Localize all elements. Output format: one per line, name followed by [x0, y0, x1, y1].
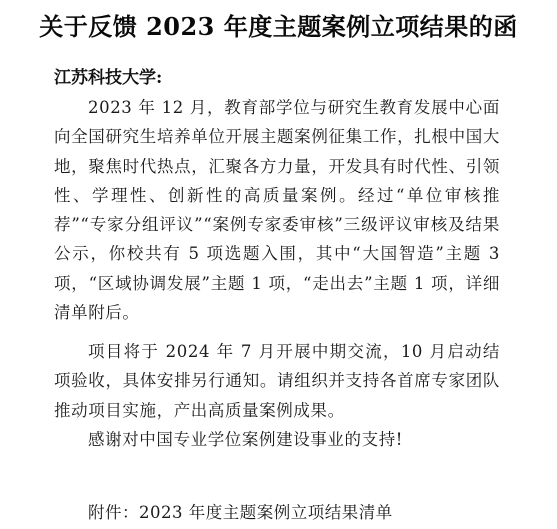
paragraph-text: 2023 年 12 月，教育部学位与研究生教育发展中心面向全国研究生培养单位开展…: [54, 93, 500, 327]
attachment-note: 附件：2023 年度主题案例立项结果清单: [88, 498, 393, 527]
document-title: 关于反馈 2023 年度主题案例立项结果的函: [0, 10, 557, 44]
body-paragraph-thanks: 感谢对中国专业学位案例建设事业的支持!: [54, 425, 500, 454]
recipient-salutation: 江苏科技大学:: [54, 64, 162, 92]
paragraph-text: 感谢对中国专业学位案例建设事业的支持!: [54, 425, 500, 454]
body-paragraph-announcement: 2023 年 12 月，教育部学位与研究生教育发展中心面向全国研究生培养单位开展…: [54, 93, 500, 327]
letter-page: 关于反馈 2023 年度主题案例立项结果的函 江苏科技大学: 2023 年 12…: [0, 0, 557, 529]
body-paragraph-schedule: 项目将于 2024 年 7 月开展中期交流，10 月启动结项验收，具体安排另行通…: [54, 337, 500, 425]
paragraph-text: 项目将于 2024 年 7 月开展中期交流，10 月启动结项验收，具体安排另行通…: [54, 337, 500, 425]
